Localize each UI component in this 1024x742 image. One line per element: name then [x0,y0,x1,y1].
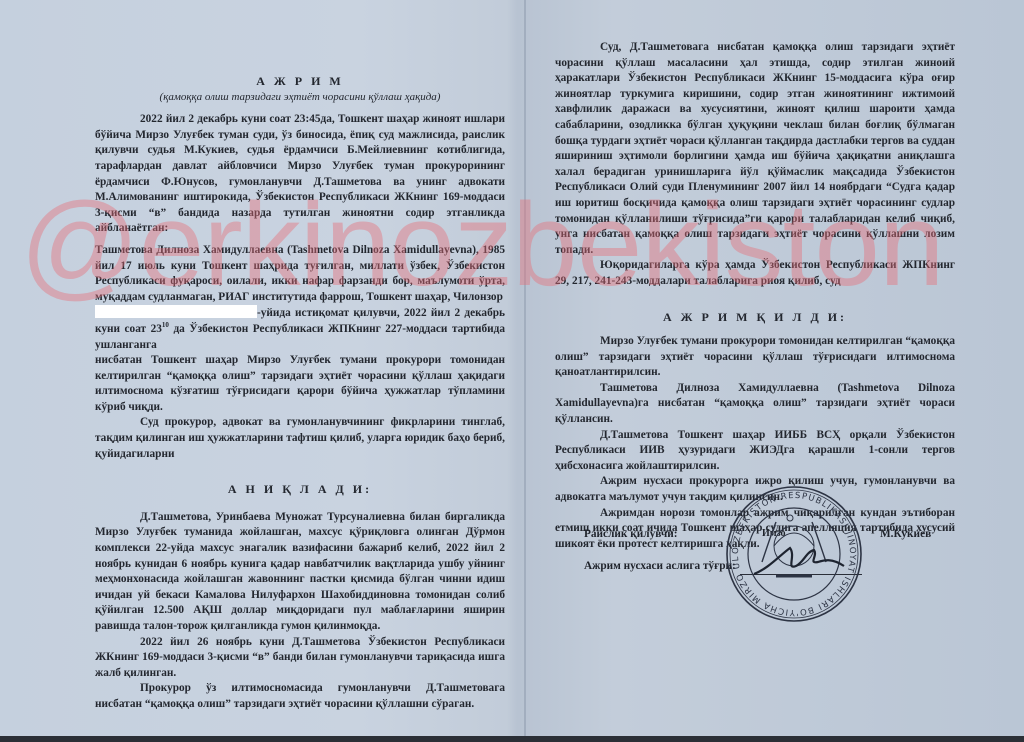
ruling-item-3: Д.Ташметова Тошкент шаҳар ИИББ ВСҲ орқал… [555,428,955,475]
defendant-block: Ташметова Дилноза Хамидуллаевна (Tashmet… [95,243,505,353]
ruling-item-2: Ташметова Дилноза Хамидуллаевна (Tashmet… [555,381,955,428]
left-page-body: А Ж Р И М (қамоққа олиш тарзидаги эҳтиёт… [95,74,505,713]
court-reasoning-paragraph: Суд, Д.Ташметовага нисбатан қамоққа олиш… [555,40,955,258]
ruling-item-1: Мирзо Улуғбек тумани прокурори томонидан… [555,334,955,381]
right-page: Суд, Д.Ташметовага нисбатан қамоққа олиш… [526,0,1024,738]
prosecutor-request-paragraph: Прокурор ўз илтимосномасида гумонланувчи… [95,681,505,712]
presiding-label: Раислик қилувчи: [584,528,678,540]
redacted-address [95,305,257,318]
intro-paragraph: 2022 йил 2 декабрь куни соат 23:45да, То… [95,112,505,237]
facts-paragraph: Д.Ташметова, Уринбаева Муножат Турсунали… [95,510,505,635]
legal-basis-paragraph: Юқоридагиларга кўра ҳамда Ўзбекистон Рес… [555,258,955,289]
document-subtitle: (қамоққа олиш тарзидаги эҳтиёт чорасини … [95,90,505,106]
review-paragraph: нисбатан Тошкент шаҳар Мирзо Улуғбек тум… [95,353,505,415]
left-page: А Ж Р И М (қамоққа олиш тарзидаги эҳтиёт… [0,0,524,738]
ruling-title: А Ж Р И М Қ И Л Д И: [555,310,955,326]
presiding-name: М.Кукиев [880,528,931,540]
court-heard-paragraph: Суд прокурор, адвокат ва гумонланувчинин… [95,415,505,462]
charge-paragraph: 2022 йил 26 ноябрь куни Д.Ташметова Ўзбе… [95,635,505,682]
defendant-name: Ташметова Дилноза Хамидуллаевна (Tashmet… [95,244,476,256]
document-title: А Ж Р И М [95,74,505,90]
right-page-body: Суд, Д.Ташметовага нисбатан қамоққа олиш… [555,40,955,552]
court-stamp-icon: O'ZBEKISTON RESPUBLIKASI JINOYAT ISHLARI… [724,484,864,624]
certified-copy-label: Ажрим нусхаси аслига тўғри: [584,560,736,572]
time-superscript: 10 [162,321,169,329]
established-title: А Н И Қ Л А Д И: [95,482,505,498]
